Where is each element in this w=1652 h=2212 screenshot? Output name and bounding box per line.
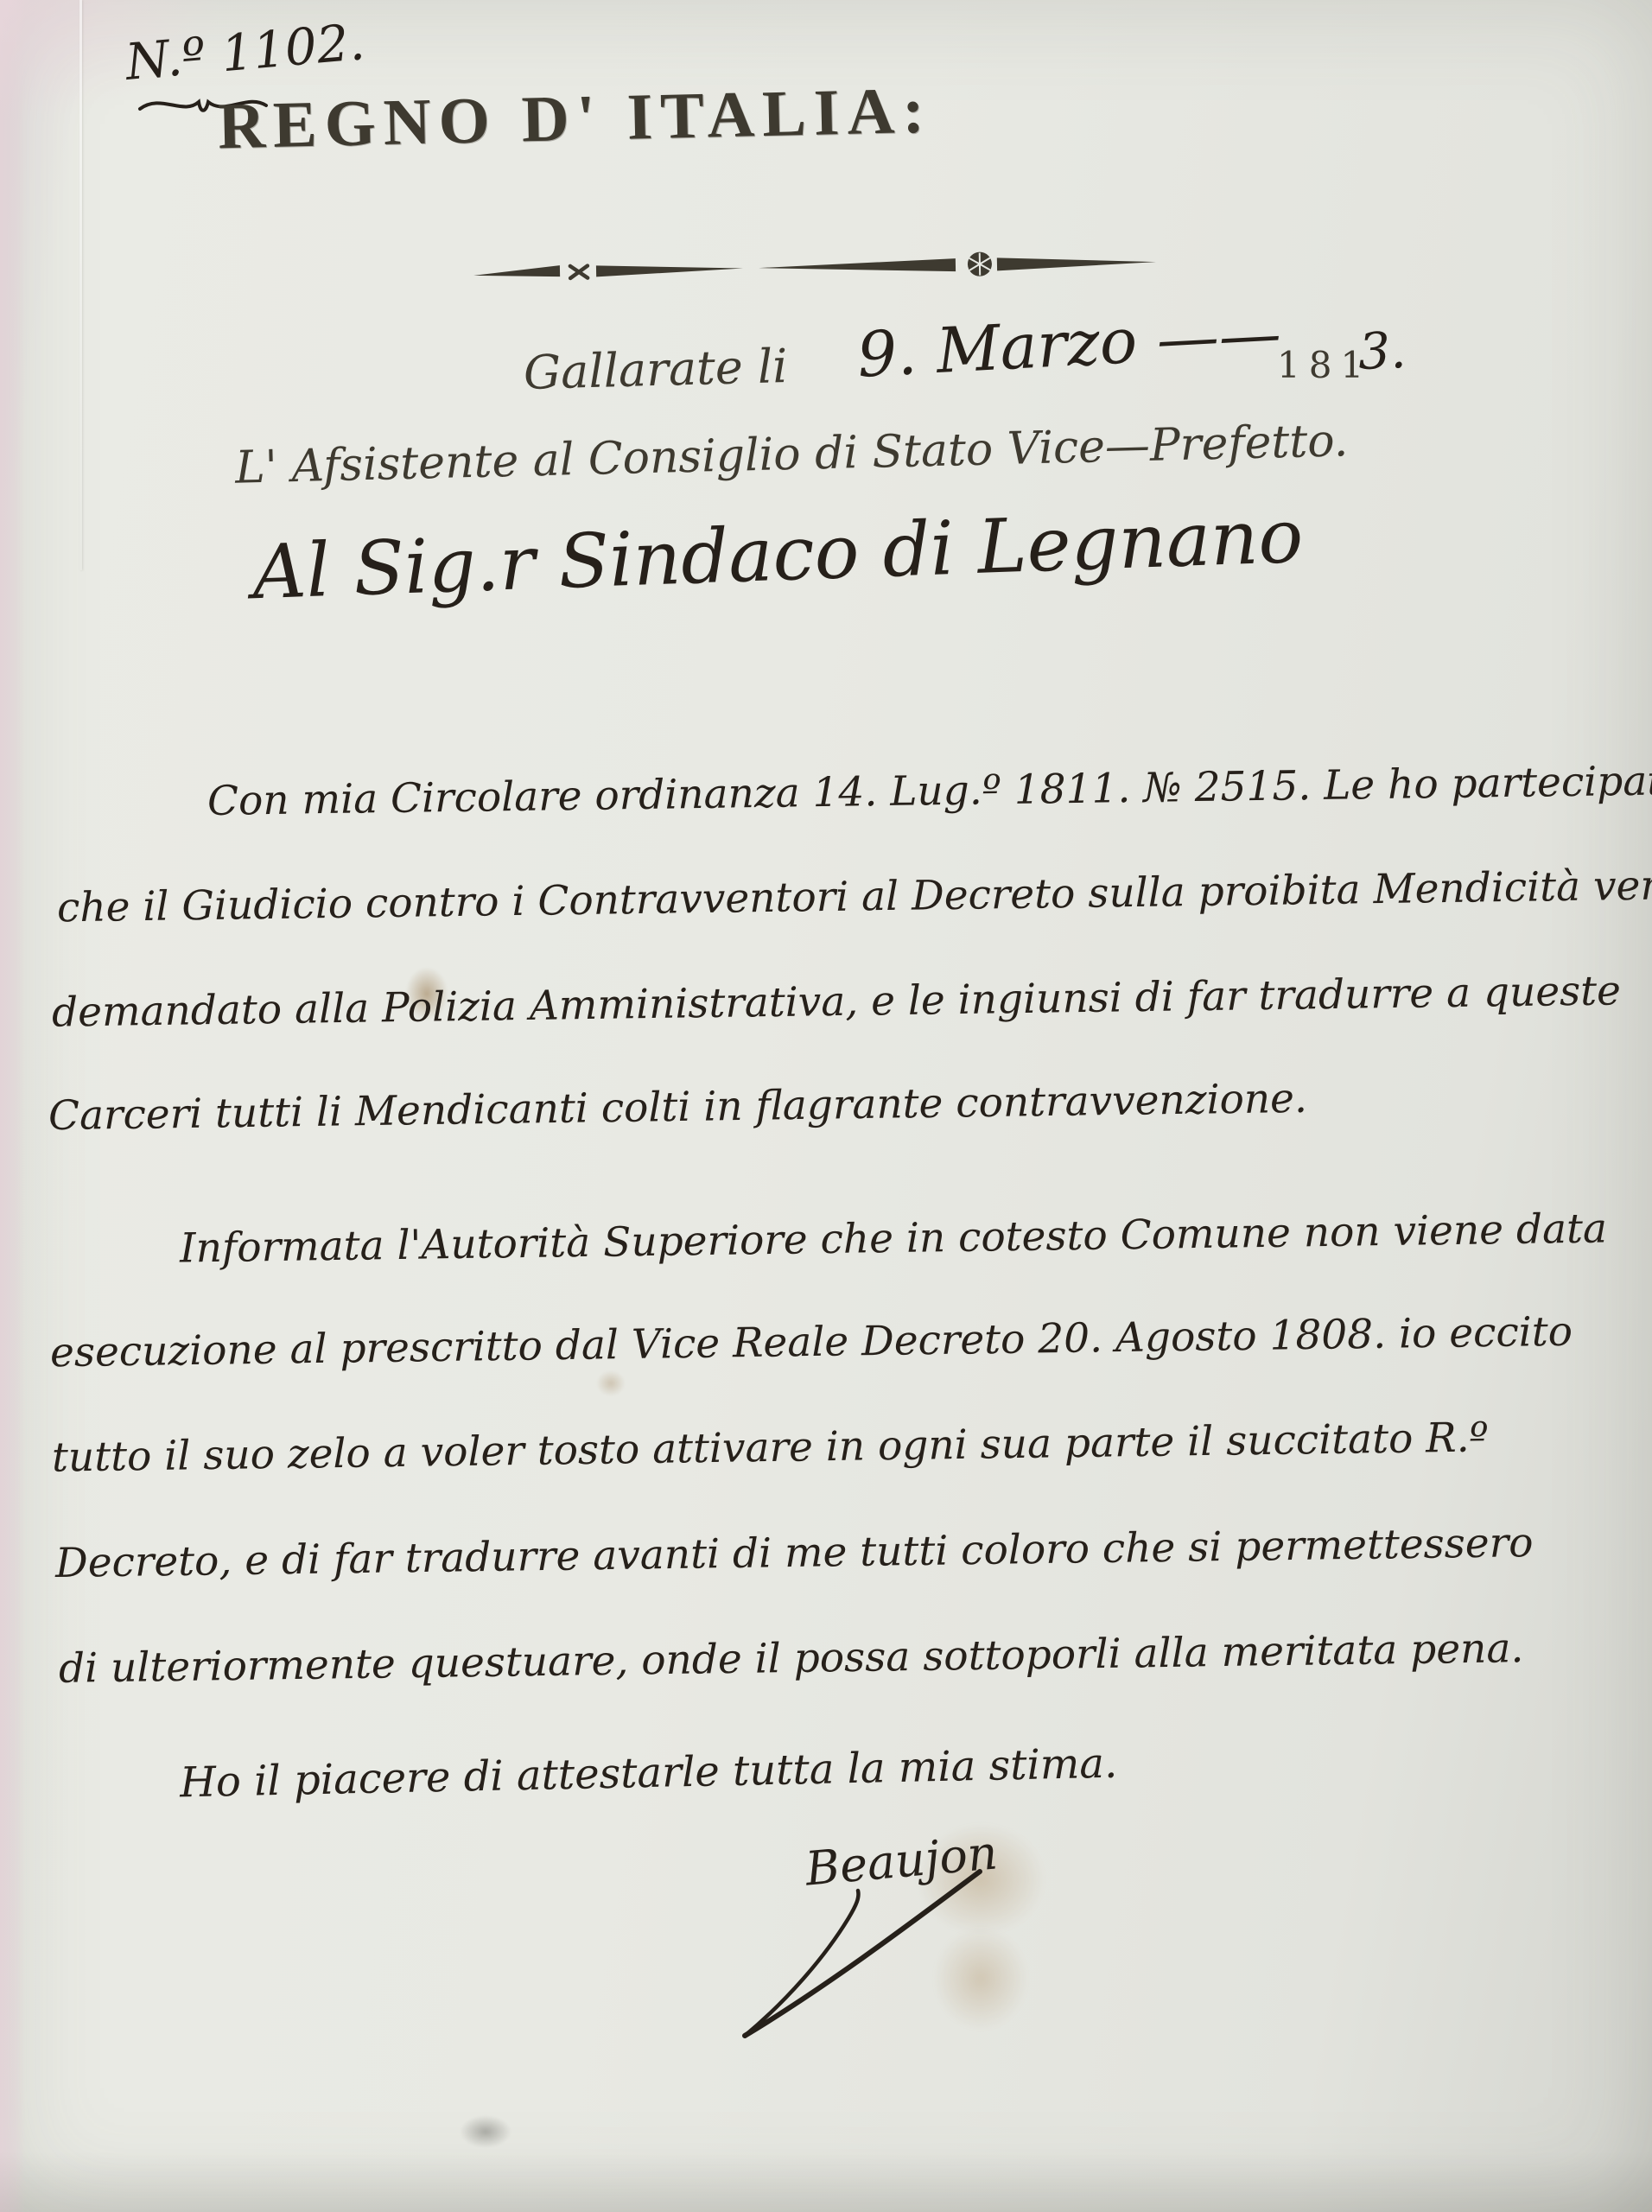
letterhead-title: REGNO D' ITALIA: (217, 73, 932, 165)
paper-stain (596, 1370, 626, 1396)
body-line: che il Giudicio contro i Contravventori … (57, 861, 1652, 932)
body-line: Con mia Circolare ordinanza 14. Lug.º 18… (207, 757, 1652, 825)
body-line: Decreto, e di far tradurre avanti di me … (55, 1519, 1534, 1587)
closing-line: Ho il piacere di attestarle tutta la mia… (180, 1739, 1118, 1808)
dateline-date-handwritten: 9. Marzo —— (855, 296, 1283, 391)
paper-crease (79, 0, 82, 570)
body-line: demandato alla Polizia Amministrativa, e… (52, 967, 1622, 1036)
dateline-place-printed: Gallarate li (523, 339, 788, 400)
paper-stain (460, 2115, 511, 2148)
scan-left-edge (0, 0, 26, 2212)
body-line: Carceri tutti li Mendicanti colti in fla… (48, 1075, 1308, 1140)
recipient-line: Al Sig.r Sindaco di Legnano (251, 493, 1305, 616)
letter-page: N.º 1102. REGNO D' ITALIA: Gallarate li … (0, 0, 1652, 2212)
ornamental-divider-icon (473, 248, 1156, 288)
body-line: esecuzione al prescritto dal Vice Reale … (50, 1308, 1573, 1377)
dateline-year-handwritten: 3. (1357, 321, 1407, 381)
body-line: di ulteriormente questuare, onde il poss… (59, 1624, 1524, 1693)
body-line: Informata l'Autorità Superiore che in co… (180, 1205, 1608, 1272)
signature-flourish-icon (702, 1865, 987, 2046)
body-line: tutto il suo zelo a voler tosto attivare… (52, 1414, 1489, 1481)
office-title-line: L' Afsistente al Consiglio di Stato Vice… (234, 415, 1348, 493)
